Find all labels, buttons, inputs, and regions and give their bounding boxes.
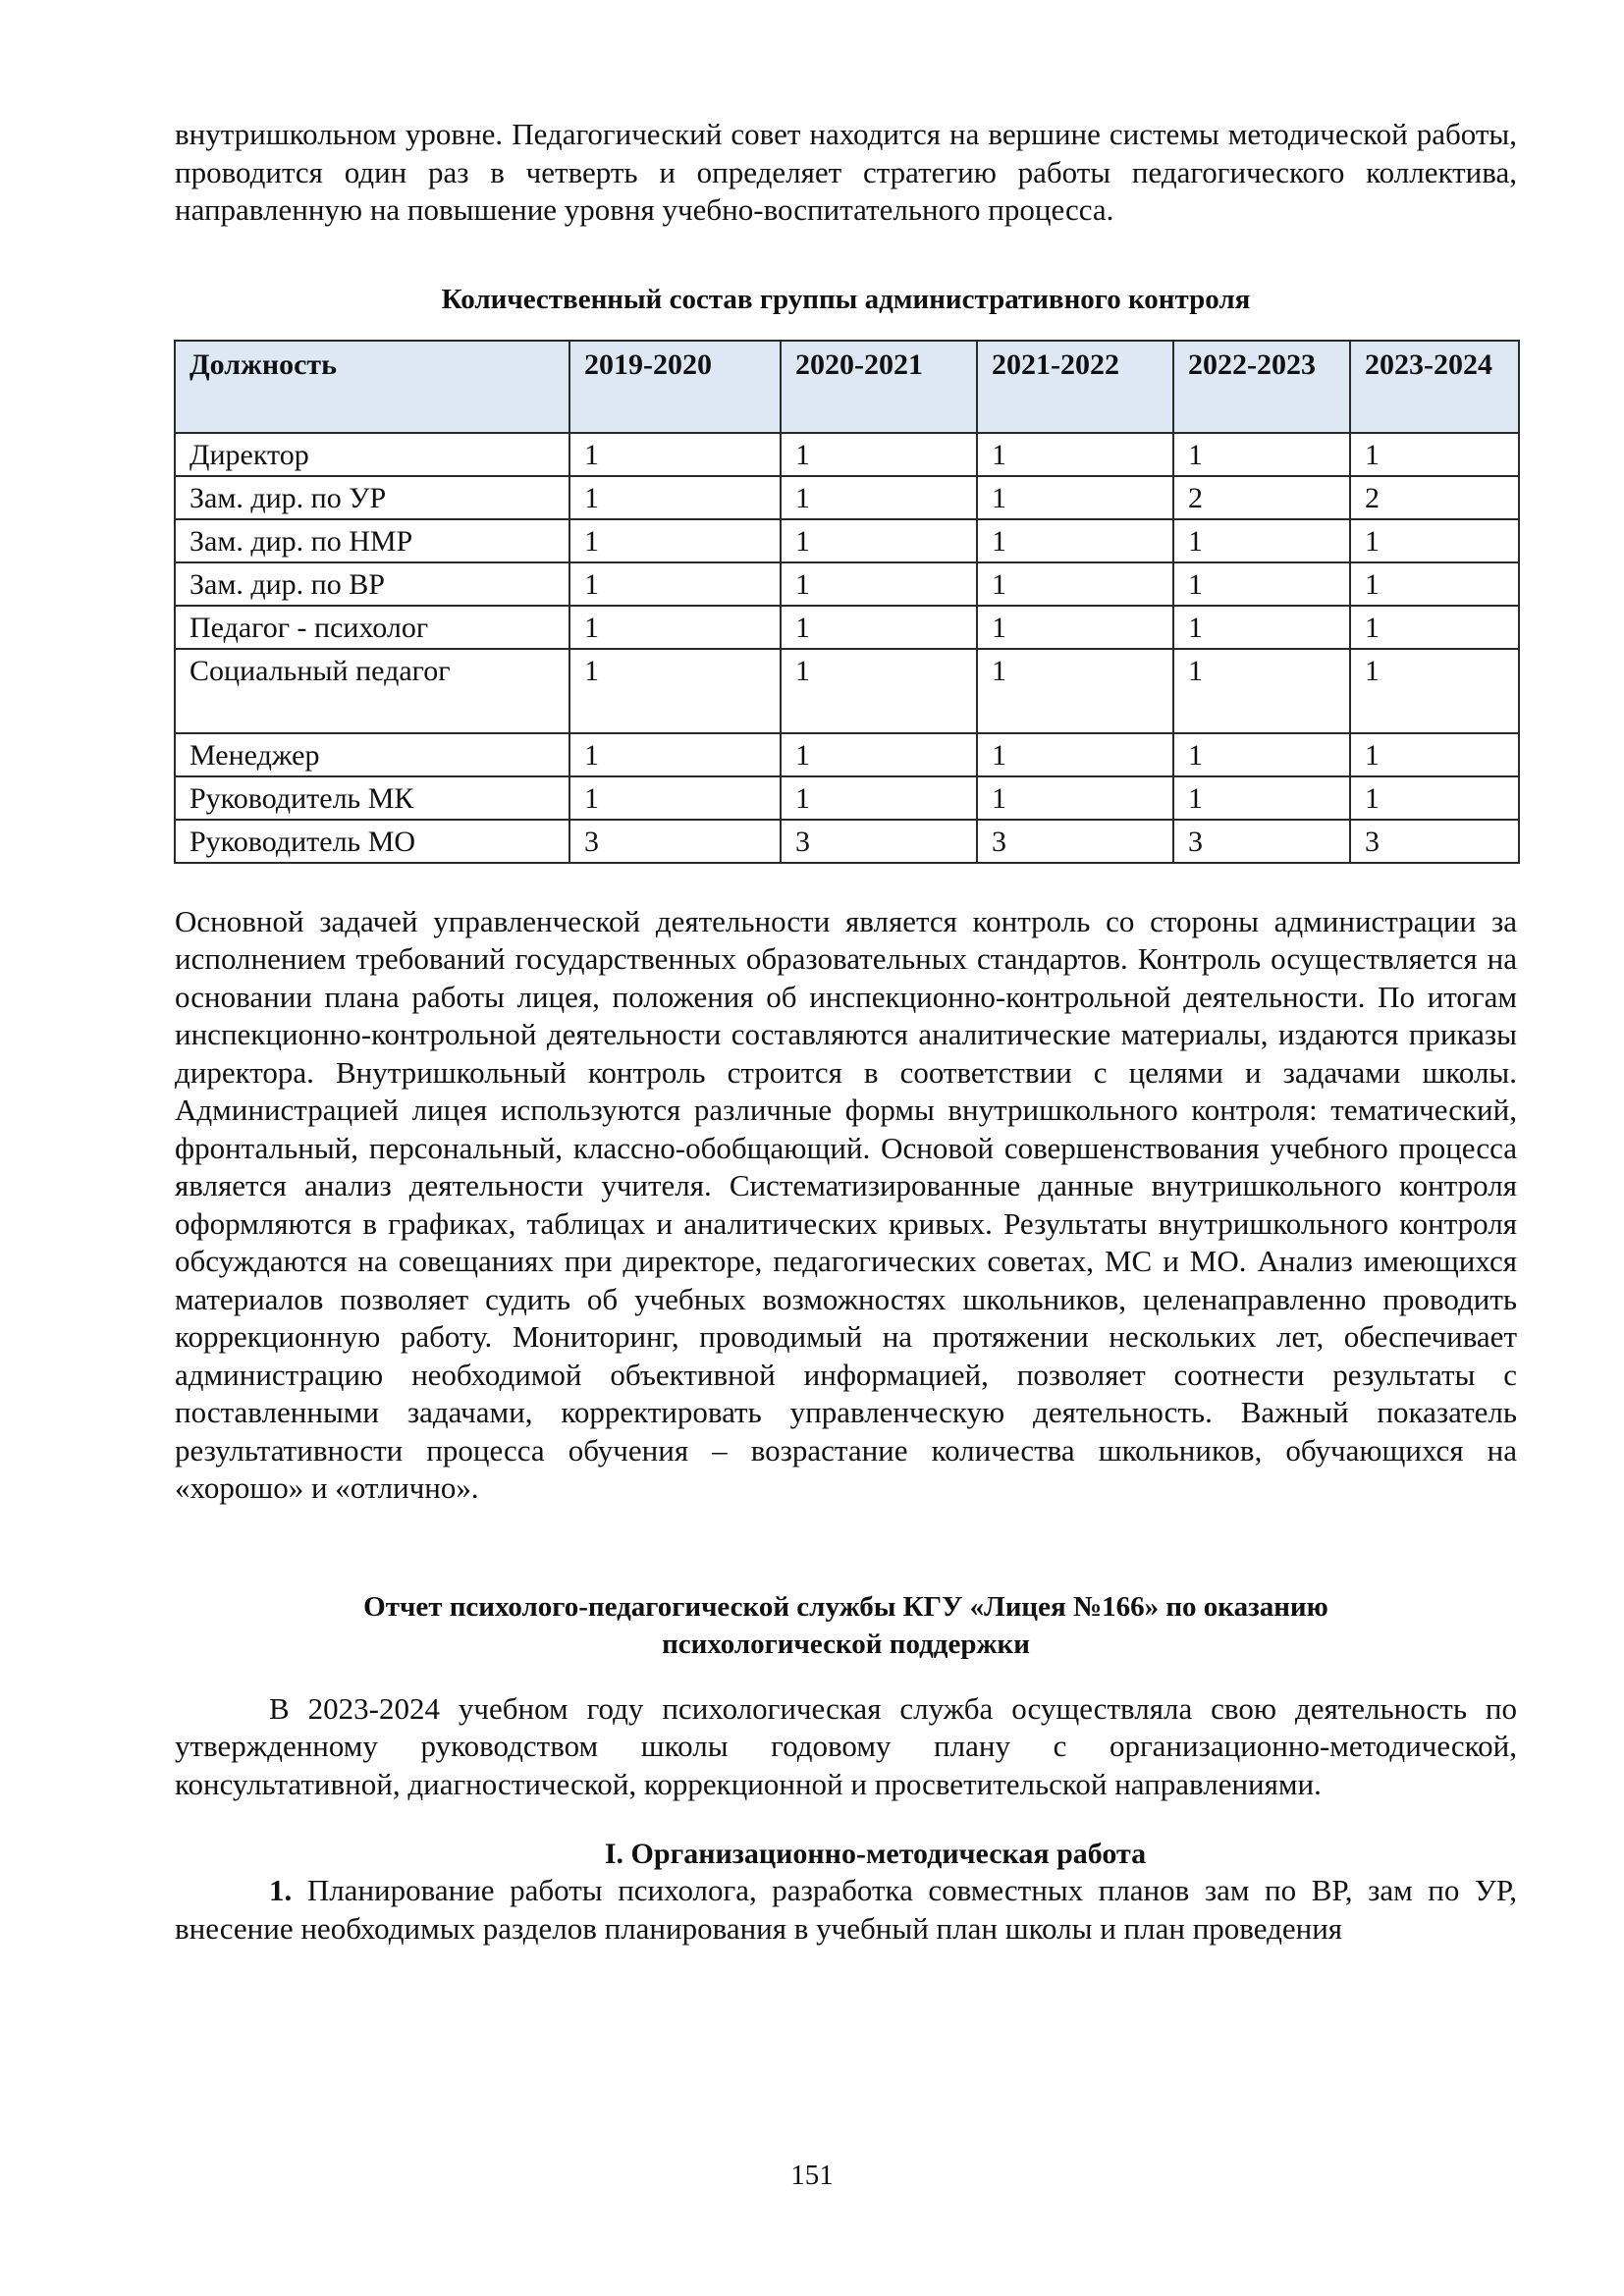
value-cell: 1	[1350, 649, 1519, 733]
table-row: Руководитель МО33333	[175, 820, 1519, 863]
value-cell: 1	[1173, 776, 1350, 820]
column-header: 2022-2023	[1173, 341, 1350, 433]
value-cell: 1	[977, 562, 1173, 606]
value-cell: 3	[977, 820, 1173, 863]
value-cell: 1	[1173, 733, 1350, 776]
position-cell: Руководитель МО	[175, 820, 569, 863]
value-cell: 1	[1350, 606, 1519, 649]
value-cell: 1	[781, 562, 977, 606]
column-header: Должность	[175, 341, 569, 433]
value-cell: 1	[569, 476, 781, 519]
value-cell: 3	[781, 820, 977, 863]
table-title: Количественный состав группы администрат…	[175, 281, 1517, 318]
value-cell: 2	[1173, 476, 1350, 519]
position-cell: Зам. дир. по УР	[175, 476, 569, 519]
value-cell: 1	[1350, 776, 1519, 820]
value-cell: 1	[569, 733, 781, 776]
value-cell: 1	[781, 476, 977, 519]
value-cell: 1	[781, 649, 977, 733]
section-title: I. Организационно-методическая работа	[175, 1837, 1517, 1872]
document-page: внутришкольном уровне. Педагогический со…	[175, 116, 1517, 1948]
value-cell: 1	[569, 606, 781, 649]
report-title: Отчет психолого-педагогической службы КГ…	[175, 1588, 1517, 1663]
table-header-row: Должность2019-20202020-20212021-20222022…	[175, 341, 1519, 433]
section-item: 1. Планирование работы психолога, разраб…	[175, 1872, 1517, 1948]
table-row: Социальный педагог11111	[175, 649, 1519, 733]
value-cell: 1	[781, 433, 977, 476]
value-cell: 1	[1173, 649, 1350, 733]
column-header: 2019-2020	[569, 341, 781, 433]
value-cell: 1	[569, 433, 781, 476]
value-cell: 1	[1350, 433, 1519, 476]
report-title-line2: психологической поддержки	[662, 1629, 1030, 1660]
value-cell: 1	[977, 776, 1173, 820]
report-intro: В 2023-2024 учебном году психологическая…	[175, 1690, 1517, 1804]
table-row: Руководитель МК11111	[175, 776, 1519, 820]
value-cell: 1	[569, 776, 781, 820]
item-text: Планирование работы психолога, разработк…	[175, 1873, 1517, 1946]
value-cell: 3	[569, 820, 781, 863]
position-cell: Социальный педагог	[175, 649, 569, 733]
value-cell: 1	[1173, 562, 1350, 606]
value-cell: 1	[781, 776, 977, 820]
value-cell: 1	[781, 733, 977, 776]
table-row: Директор11111	[175, 433, 1519, 476]
table-row: Зам. дир. по УР11122	[175, 476, 1519, 519]
value-cell: 2	[1350, 476, 1519, 519]
value-cell: 3	[1173, 820, 1350, 863]
value-cell: 3	[1350, 820, 1519, 863]
admin-control-table: Должность2019-20202020-20212021-20222022…	[174, 340, 1520, 864]
value-cell: 1	[569, 519, 781, 562]
position-cell: Менеджер	[175, 733, 569, 776]
value-cell: 1	[781, 606, 977, 649]
intro-paragraph: внутришкольном уровне. Педагогический со…	[175, 116, 1517, 230]
value-cell: 1	[977, 733, 1173, 776]
column-header: 2021-2022	[977, 341, 1173, 433]
value-cell: 1	[1350, 519, 1519, 562]
position-cell: Директор	[175, 433, 569, 476]
page-number: 151	[0, 2160, 1624, 2192]
value-cell: 1	[977, 649, 1173, 733]
value-cell: 1	[977, 606, 1173, 649]
value-cell: 1	[977, 519, 1173, 562]
position-cell: Зам. дир. по ВР	[175, 562, 569, 606]
column-header: 2023-2024	[1350, 341, 1519, 433]
value-cell: 1	[1173, 519, 1350, 562]
value-cell: 1	[1173, 433, 1350, 476]
value-cell: 1	[569, 562, 781, 606]
table-row: Педагог - психолог11111	[175, 606, 1519, 649]
control-paragraph: Основной задачей управленческой деятельн…	[175, 903, 1517, 1508]
table-row: Зам. дир. по ВР11111	[175, 562, 1519, 606]
table-body: Директор11111Зам. дир. по УР11122Зам. ди…	[175, 433, 1519, 863]
value-cell: 1	[1350, 733, 1519, 776]
position-cell: Педагог - психолог	[175, 606, 569, 649]
value-cell: 1	[977, 476, 1173, 519]
value-cell: 1	[977, 433, 1173, 476]
value-cell: 1	[569, 649, 781, 733]
value-cell: 1	[781, 519, 977, 562]
column-header: 2020-2021	[781, 341, 977, 433]
table-row: Зам. дир. по НМР11111	[175, 519, 1519, 562]
value-cell: 1	[1350, 562, 1519, 606]
value-cell: 1	[1173, 606, 1350, 649]
item-number: 1.	[269, 1873, 292, 1907]
position-cell: Зам. дир. по НМР	[175, 519, 569, 562]
report-title-line1: Отчет психолого-педагогической службы КГ…	[363, 1591, 1328, 1623]
position-cell: Руководитель МК	[175, 776, 569, 820]
table-row: Менеджер11111	[175, 733, 1519, 776]
